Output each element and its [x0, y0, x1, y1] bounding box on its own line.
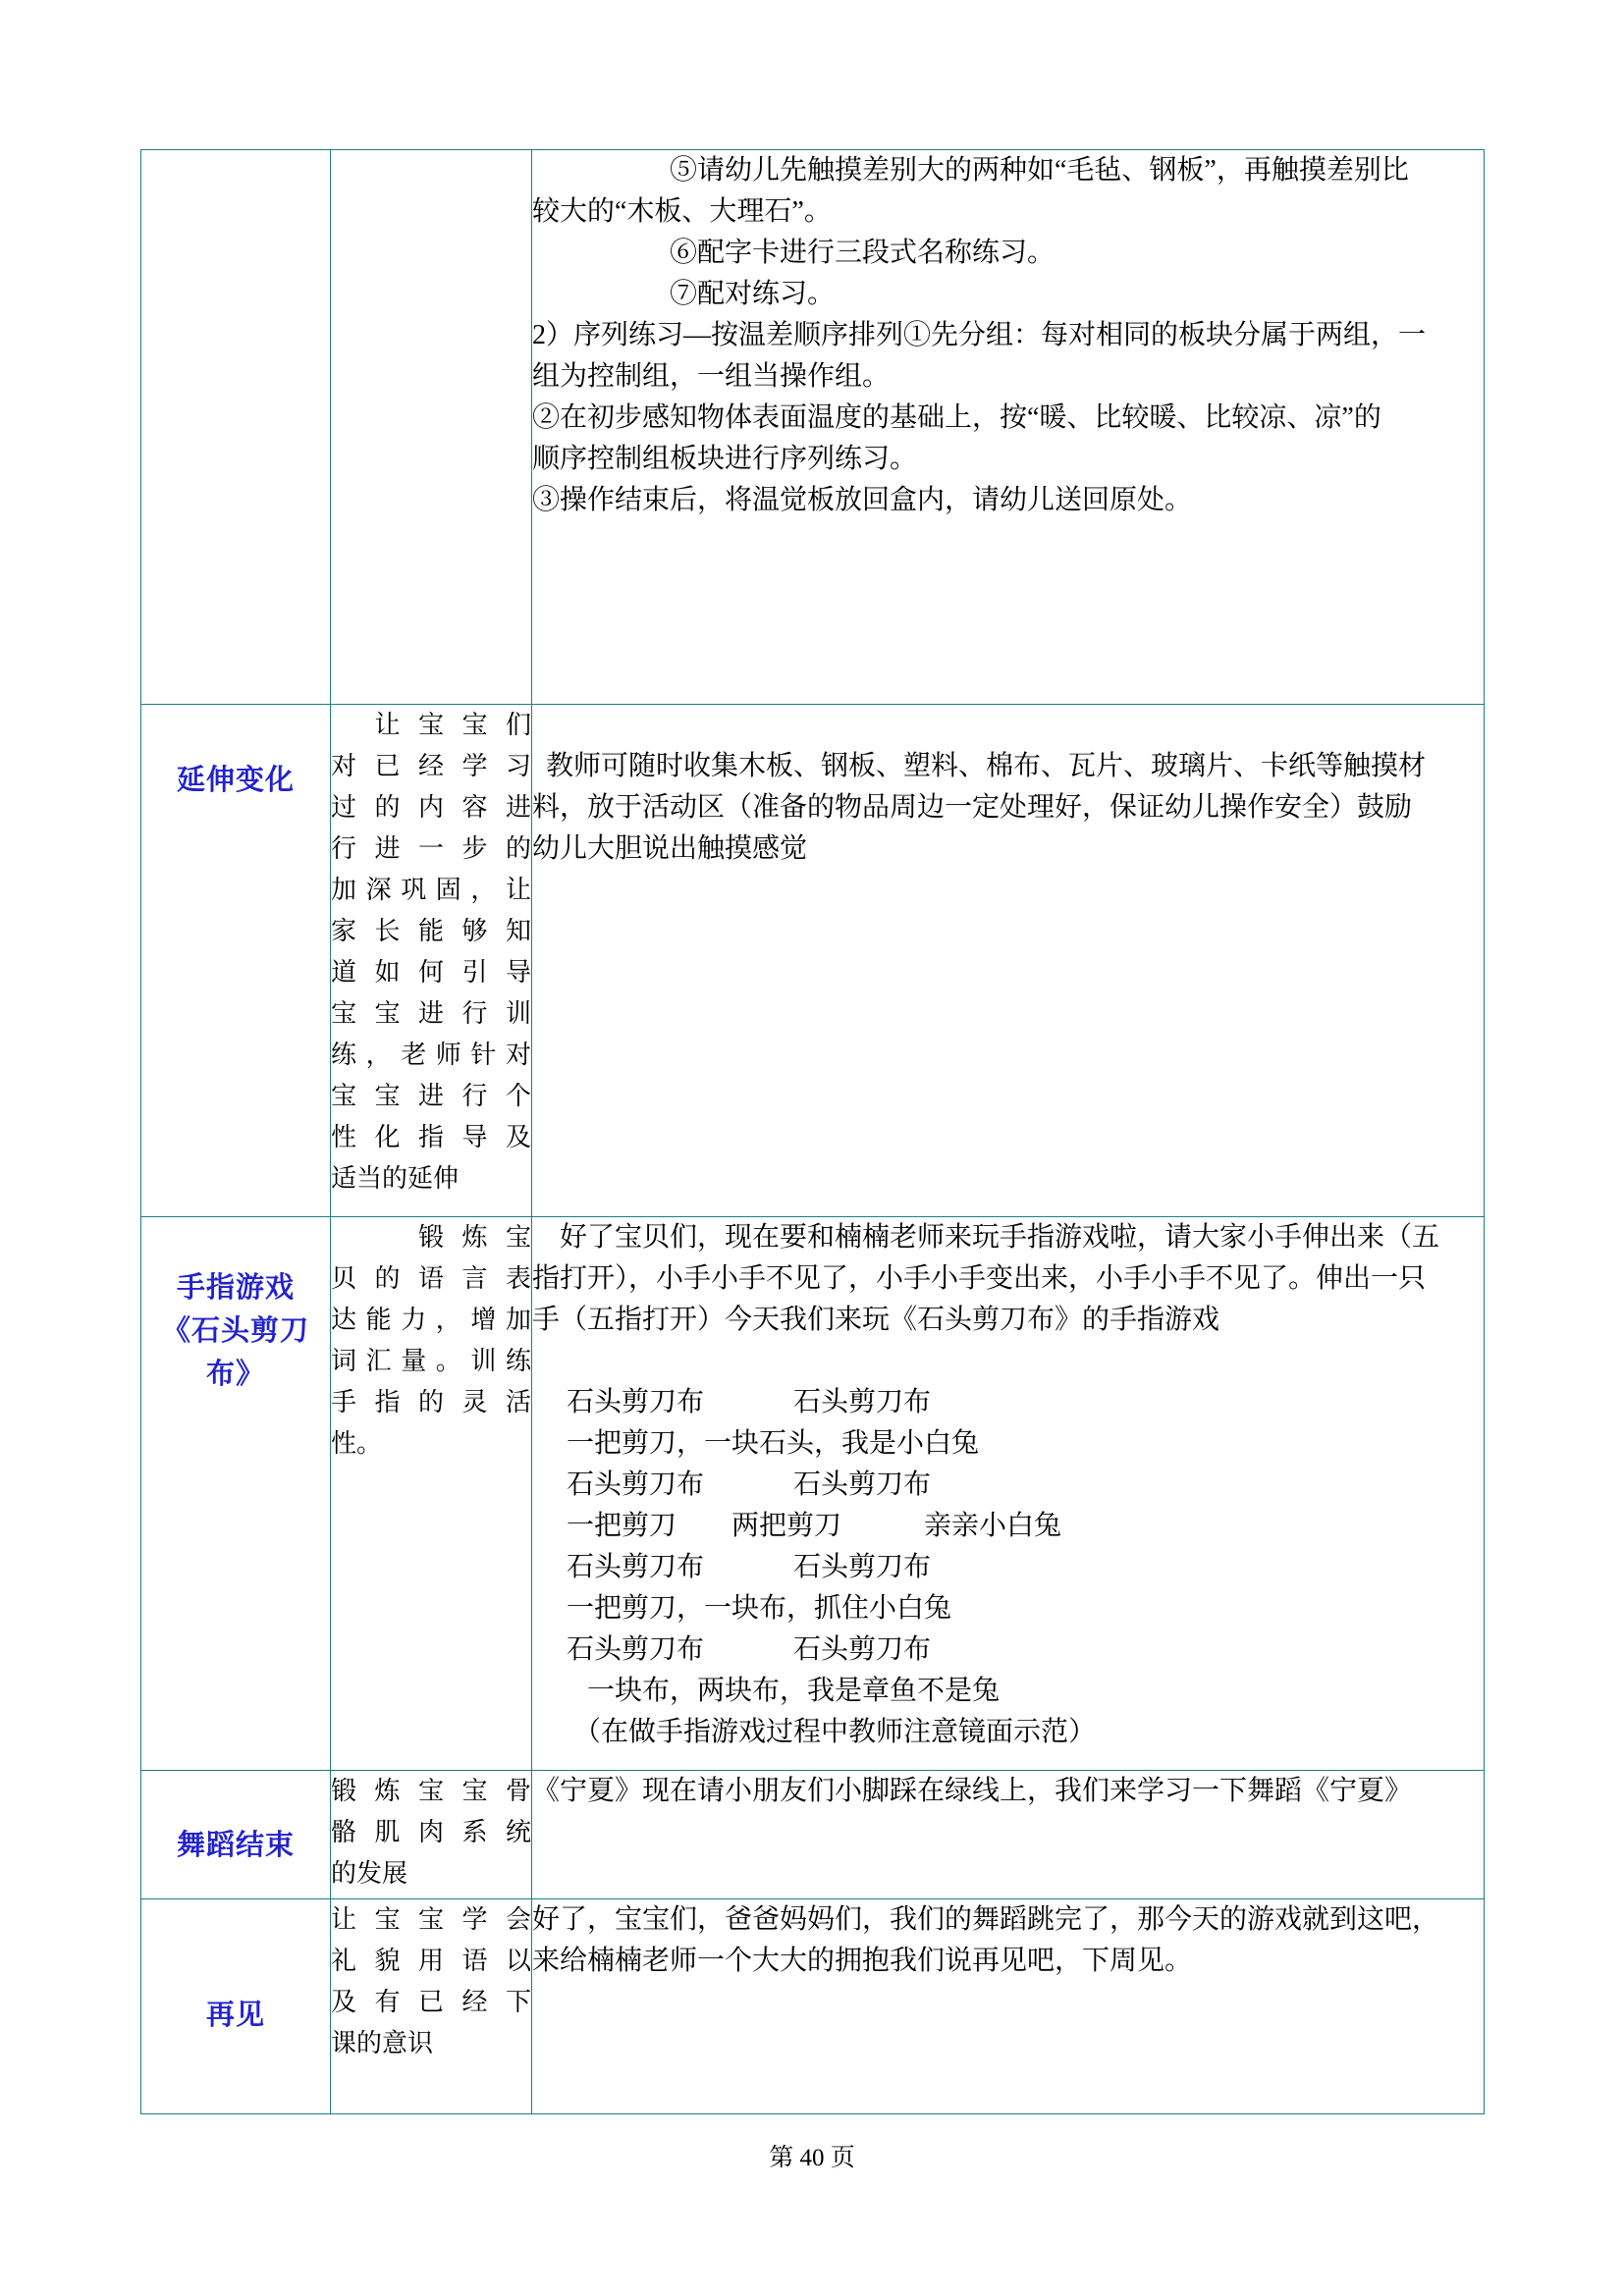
goal-text-last-line: 性。 [331, 1423, 531, 1465]
table-row-goodbye: 再见 让宝宝学会 礼貌用语以 及有已经下 课的意识 好了，宝宝们，爸爸妈妈们，我… [141, 1899, 1485, 2114]
goal-cell [331, 150, 532, 705]
content-cell: ⑤请幼儿先触摸差别大的两种如“毛毡、钢板”，再触摸差别比 较大的“木板、大理石”… [532, 150, 1485, 705]
content-cell: 教师可随时收集木板、钢板、塑料、棉布、瓦片、玻璃片、卡纸等触摸材 料，放于活动区… [532, 705, 1485, 1217]
stage-label-cell [141, 150, 331, 705]
goal-text-last-line: 课的意识 [331, 2023, 531, 2064]
stage-label-cell: 再见 [141, 1899, 331, 2114]
goal-cell: 锻炼宝宝骨 骼肌肉系统 的发展 [331, 1771, 532, 1899]
content-cell: 好了宝贝们，现在要和楠楠老师来玩手指游戏啦，请大家小手伸出来（五 指打开），小手… [532, 1217, 1485, 1771]
goal-cell: 让宝宝们 对已经学习 过的内容进 行进一步的 加深巩固，让 家长能够知 道如何引… [331, 705, 532, 1217]
table-row-continuation: ⑤请幼儿先触摸差别大的两种如“毛毡、钢板”，再触摸差别比 较大的“木板、大理石”… [141, 150, 1485, 705]
goal-text: 锻炼宝宝骨 骼肌肉系统 [331, 1771, 531, 1853]
table-row-dance-end: 舞蹈结束 锻炼宝宝骨 骼肌肉系统 的发展 《宁夏》现在请小朋友们小脚踩在绿线上，… [141, 1771, 1485, 1899]
lesson-plan-table: ⑤请幼儿先触摸差别大的两种如“毛毡、钢板”，再触摸差别比 较大的“木板、大理石”… [140, 149, 1485, 2114]
page-number: 第 40 页 [0, 2138, 1624, 2173]
goal-text-last-line: 适当的延伸 [331, 1158, 531, 1200]
goal-cell: 让宝宝学会 礼貌用语以 及有已经下 课的意识 [331, 1899, 532, 2114]
goal-cell: 锻炼宝 贝的语言表 达能力，增加 词汇量。训练 手指的灵活 性。 [331, 1217, 532, 1771]
document-page: ⑤请幼儿先触摸差别大的两种如“毛毡、钢板”，再触摸差别比 较大的“木板、大理石”… [0, 0, 1624, 2296]
stage-label-cell: 手指游戏 《石头剪刀 布》 [141, 1217, 331, 1771]
stage-label-cell: 舞蹈结束 [141, 1771, 331, 1899]
stage-label-cell: 延伸变化 [141, 705, 331, 1217]
goal-text: 锻炼宝 贝的语言表 达能力，增加 词汇量。训练 手指的灵活 [331, 1217, 531, 1423]
goal-text: 让宝宝学会 礼貌用语以 及有已经下 [331, 1899, 531, 2023]
content-cell: 《宁夏》现在请小朋友们小脚踩在绿线上，我们来学习一下舞蹈《宁夏》 [532, 1771, 1485, 1899]
table-row-finger-game: 手指游戏 《石头剪刀 布》 锻炼宝 贝的语言表 达能力，增加 词汇量。训练 手指… [141, 1217, 1485, 1771]
goal-text-last-line: 的发展 [331, 1853, 531, 1895]
goal-text: 让宝宝们 对已经学习 过的内容进 行进一步的 加深巩固，让 家长能够知 道如何引… [331, 705, 531, 1158]
table-row-extension: 延伸变化 让宝宝们 对已经学习 过的内容进 行进一步的 加深巩固，让 家长能够知… [141, 705, 1485, 1217]
content-cell: 好了，宝宝们，爸爸妈妈们，我们的舞蹈跳完了，那今天的游戏就到这吧， 来给楠楠老师… [532, 1899, 1485, 2114]
